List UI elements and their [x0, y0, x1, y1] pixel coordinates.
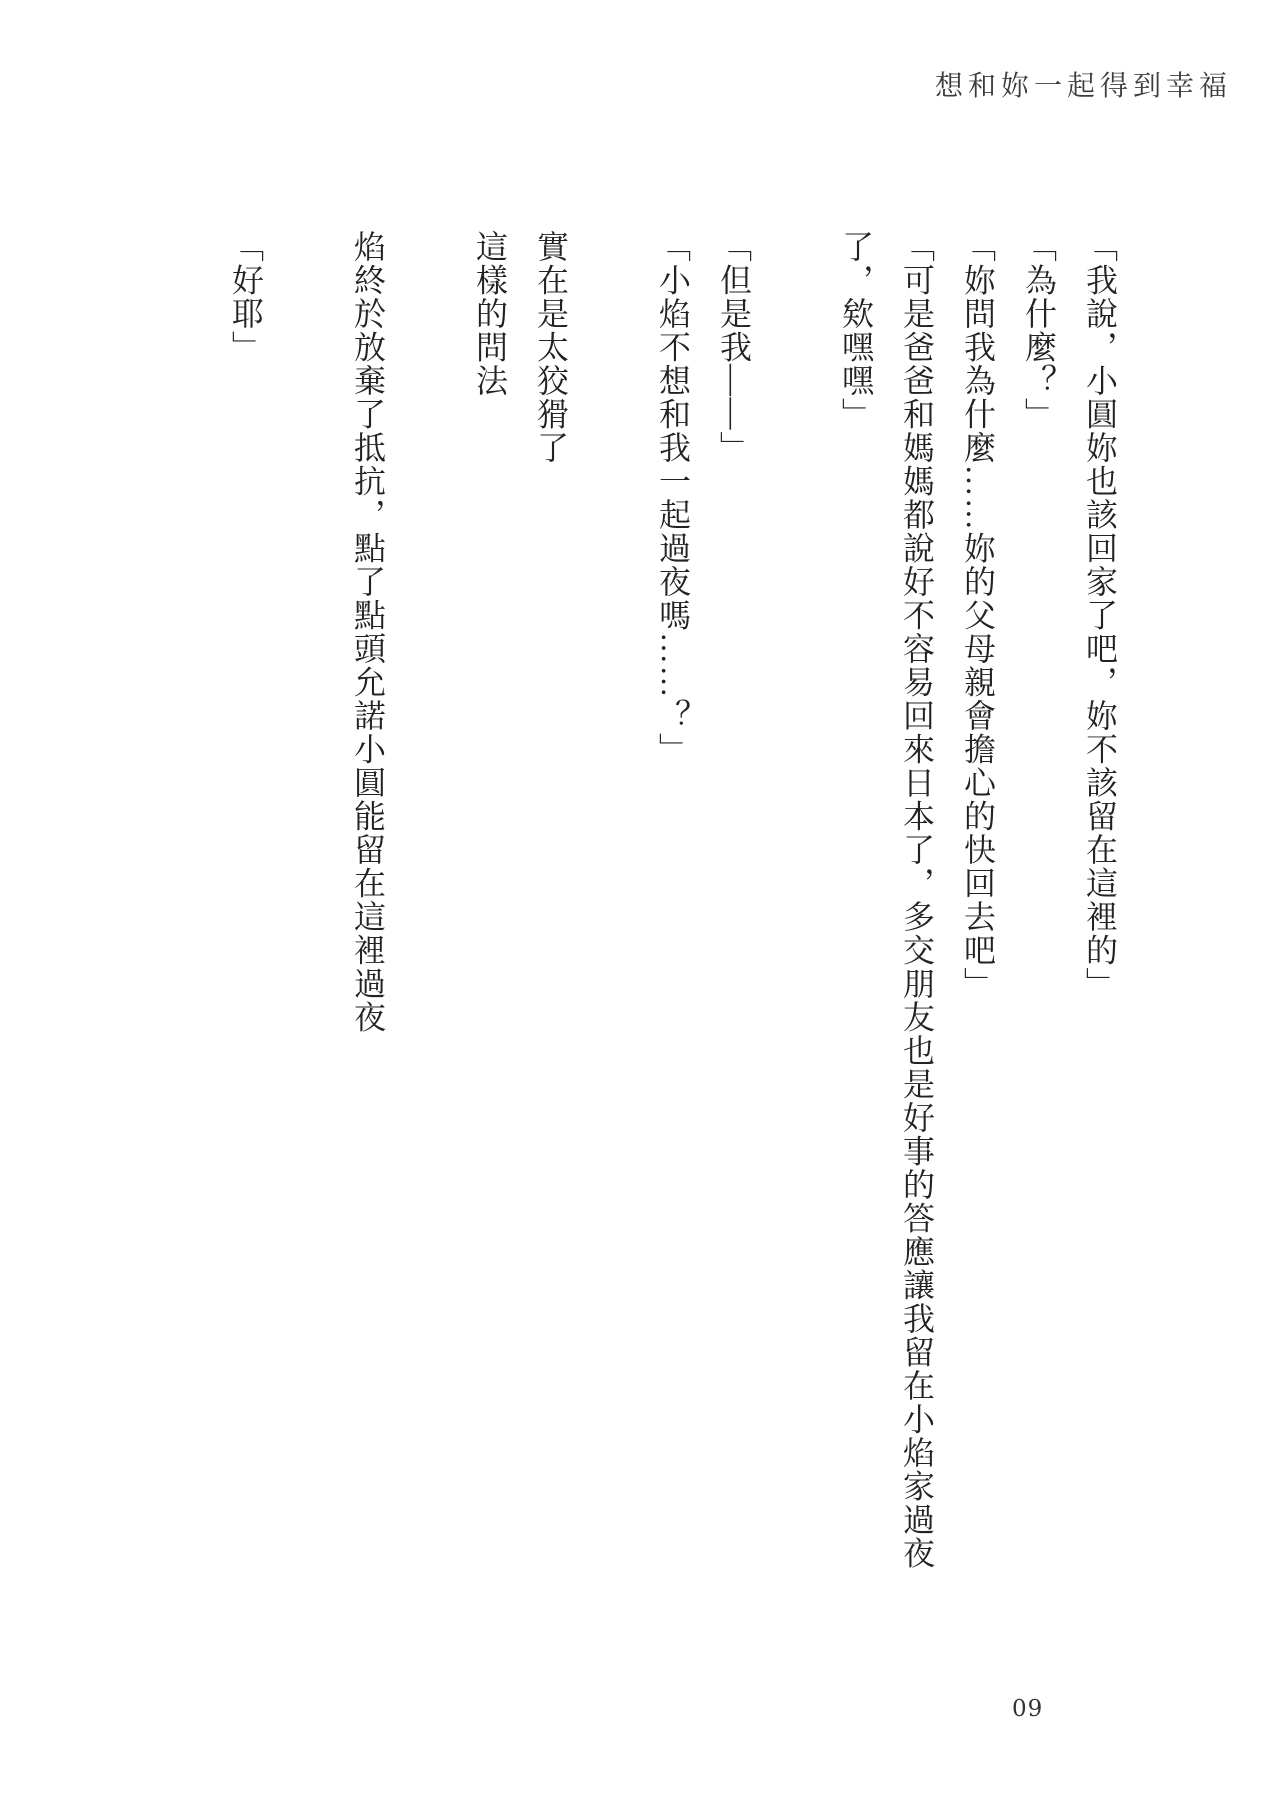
- dialogue-line: 「好耶」: [215, 230, 276, 1585]
- dialogue-line: 「我說，小圓妳也該回家了吧，妳不該留在這裡的」: [1069, 230, 1130, 1585]
- page-body: 「我說，小圓妳也該回家了吧，妳不該留在這裡的」 「為什麼？」 「妳問我為什麼………: [150, 230, 1130, 1585]
- narration-line: 這樣的問法: [459, 230, 520, 1585]
- dialogue-line: 「但是我——」: [703, 230, 764, 1585]
- narration-line: 實在是太狡猾了: [520, 230, 581, 1585]
- narration-line: 焰終於放棄了抵抗，點了點頭允諾小圓能留在這裡過夜: [337, 230, 398, 1585]
- dialogue-line: 「可是爸爸和媽媽都說好不容易回來日本了，多交朋友也是好事的答應讓我留在小焰家過夜…: [825, 230, 947, 1585]
- dialogue-line: 「為什麼？」: [1008, 230, 1069, 1585]
- running-header: 想和妳一起得到幸福: [935, 64, 1232, 104]
- dialogue-line: 「妳問我為什麼……妳的父母親會擔心的快回去吧」: [947, 230, 1008, 1585]
- dialogue-line: 「小焰不想和我一起過夜嗎……？」: [642, 230, 703, 1585]
- page-number: 09: [1012, 1696, 1043, 1722]
